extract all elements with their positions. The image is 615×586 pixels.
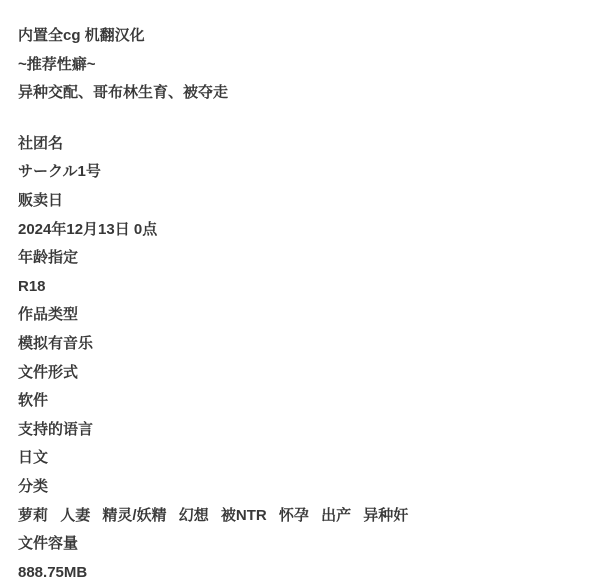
- genre-tag: 精灵/妖精: [102, 502, 166, 531]
- release-date-label: 贩卖日: [18, 187, 605, 216]
- product-info-page: 内置全cg 机翻汉化 ~推荐性癖~ 异种交配、哥布林生育、被夺走 社团名 サーク…: [0, 0, 615, 586]
- genre-tag: 出产: [321, 502, 351, 531]
- recommended-kink-title: ~推荐性癖~: [18, 51, 605, 80]
- genre-tag-list: 萝莉 人妻 精灵/妖精 幻想 被NTR 怀孕 出产 异种奸: [18, 502, 605, 531]
- genre-tag: 萝莉: [18, 502, 48, 531]
- release-date-value: 2024年12月13日 0点: [18, 216, 605, 245]
- genre-tag: 怀孕: [279, 502, 309, 531]
- work-type-label: 作品类型: [18, 301, 605, 330]
- supported-language-value: 日文: [18, 444, 605, 473]
- age-rating-label: 年龄指定: [18, 244, 605, 273]
- paragraph-gap: [18, 108, 605, 130]
- genre-label: 分类: [18, 473, 605, 502]
- supported-language-label: 支持的语言: [18, 416, 605, 445]
- circle-name-label: 社团名: [18, 130, 605, 159]
- file-size-value: 888.75MB: [18, 559, 605, 586]
- file-size-label: 文件容量: [18, 530, 605, 559]
- translation-note: 内置全cg 机翻汉化: [18, 22, 605, 51]
- circle-name-value: サークル1号: [18, 158, 605, 187]
- genre-tag: 被NTR: [221, 502, 267, 531]
- age-rating-value: R18: [18, 273, 605, 302]
- genre-tag: 异种奸: [363, 502, 408, 531]
- genre-tag: 人妻: [60, 502, 90, 531]
- recommended-kink-list: 异种交配、哥布林生育、被夺走: [18, 79, 605, 108]
- genre-tag: 幻想: [179, 502, 209, 531]
- file-format-label: 文件形式: [18, 359, 605, 388]
- file-format-value: 软件: [18, 387, 605, 416]
- work-type-value: 模拟有音乐: [18, 330, 605, 359]
